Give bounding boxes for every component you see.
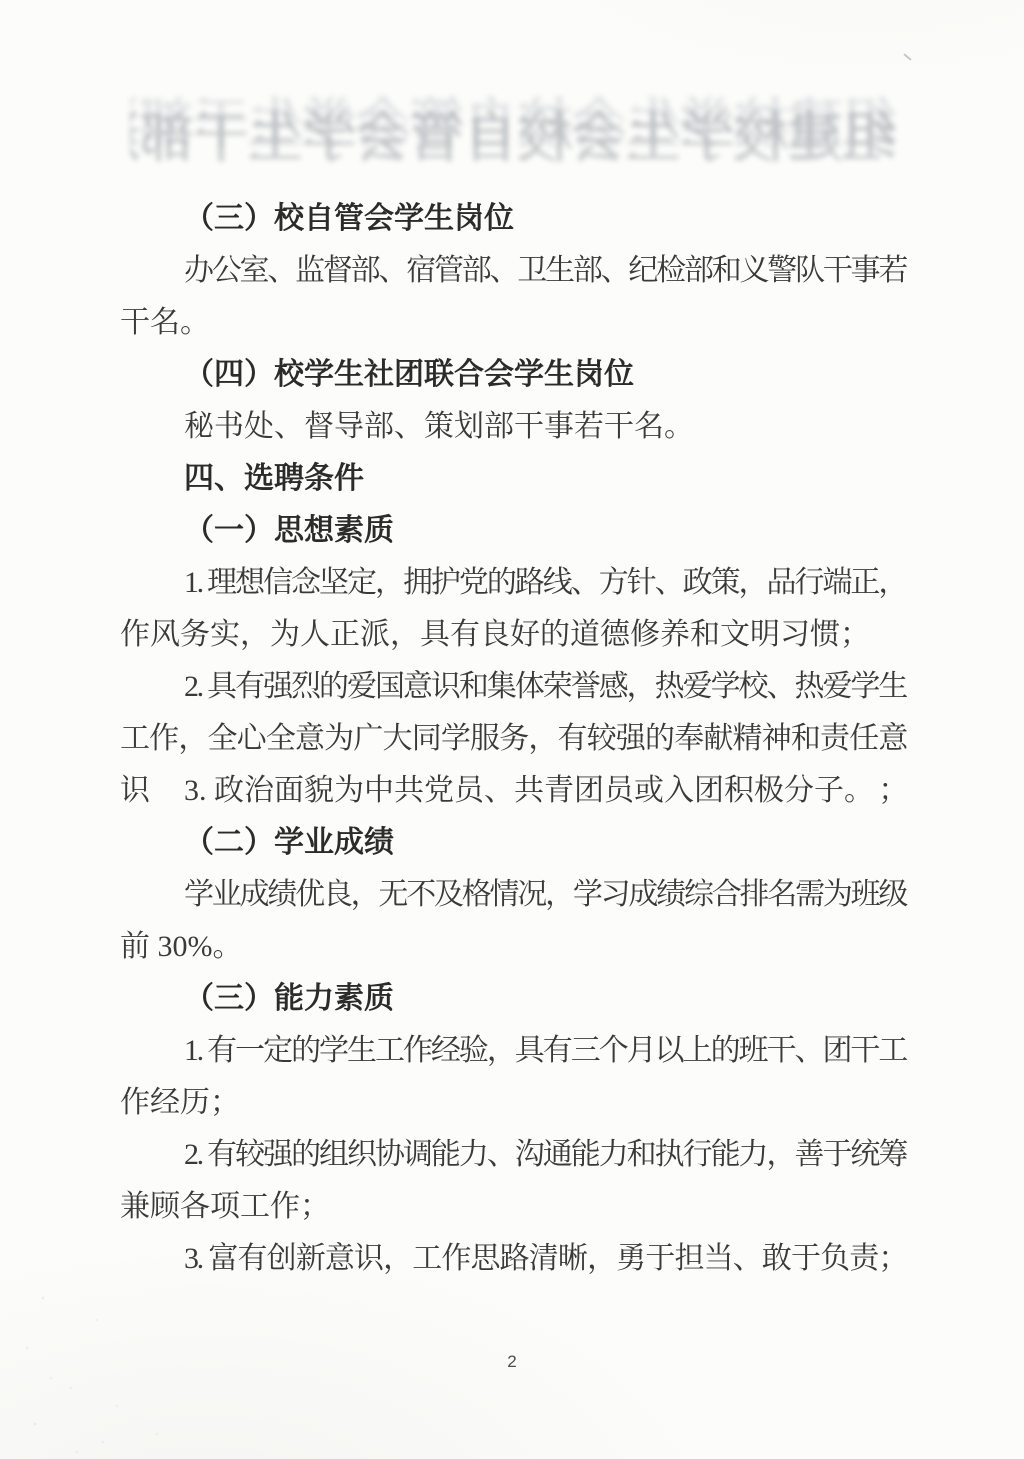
document-body: （三）校自管会学生岗位办公室、监督部、宿管部、卫生部、纪检部和义警队干事若干名。… xyxy=(120,193,906,1285)
text-line: 2. 有较强的组织协调能力、沟通能力和执行能力，善于统筹 xyxy=(120,1129,906,1181)
heading-line: （四）校学生社团联合会学生岗位 xyxy=(120,349,906,401)
text-line: 学业成绩优良，无不及格情况，学习成绩综合排名需为班级 xyxy=(120,869,906,921)
text-line: 3. 政治面貌为中共党员、共青团员或入团积极分子。 xyxy=(120,765,906,817)
text-line: 作风务实，为人正派，具有良好的道德修养和文明习惯； xyxy=(120,609,906,661)
heading-line: （一）思想素质 xyxy=(120,505,906,557)
scan-artifact-mark xyxy=(903,53,911,60)
text-line: 3. 富有创新意识，工作思路清晰，勇于担当、敢于负责； xyxy=(120,1233,906,1285)
text-line: 1. 有一定的学生工作经验，具有三个月以上的班干、团干工 xyxy=(120,1025,906,1077)
heading-line: （二）学业成绩 xyxy=(120,817,906,869)
page-footer: 2 xyxy=(0,1352,1024,1372)
text-line: 前 30%。 xyxy=(120,921,906,973)
scanned-document-page: 组建校学生会校自管会学生干部选聘的通知 （三）校自管会学生岗位办公室、监督部、宿… xyxy=(0,0,1024,1459)
text-line: 兼顾各项工作； xyxy=(120,1181,906,1233)
heading-line: 四、选聘条件 xyxy=(120,453,906,505)
text-line: 工作，全心全意为广大同学服务，有较强的奉献精神和责任意识； xyxy=(120,713,906,765)
text-line: 秘书处、督导部、策划部干事若干名。 xyxy=(120,401,906,453)
text-line: 2. 具有强烈的爱国意识和集体荣誉感，热爱学校、热爱学生 xyxy=(120,661,906,713)
speckle-texture xyxy=(14,1255,16,1257)
text-line: 办公室、监督部、宿管部、卫生部、纪检部和义警队干事若 xyxy=(120,245,906,297)
text-line: 1. 理想信念坚定，拥护党的路线、方针、政策，品行端正， xyxy=(120,557,906,609)
text-line: 干名。 xyxy=(120,297,906,349)
page-number: 2 xyxy=(507,1352,516,1371)
heading-line: （三）能力素质 xyxy=(120,973,906,1025)
heading-line: （三）校自管会学生岗位 xyxy=(120,193,906,245)
bleed-through-title: 组建校学生会校自管会学生干部选聘的通知 xyxy=(130,96,896,180)
text-line: 作经历； xyxy=(120,1077,906,1129)
